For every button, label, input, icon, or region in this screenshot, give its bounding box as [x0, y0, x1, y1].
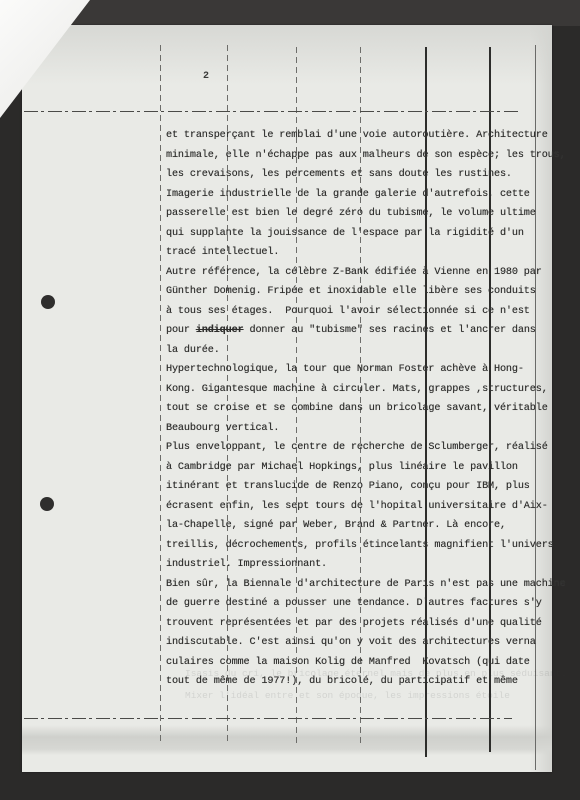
text-line: Hypertechnologique, la tour que Norman F…: [166, 360, 526, 380]
text-line: pour indiquer donner au "tubisme" ses ra…: [166, 321, 526, 341]
text-line: la-Chapelle, signé par Weber, Brand & Pa…: [166, 516, 526, 536]
text-line: Plus enveloppant, le centre de recherche…: [166, 438, 526, 458]
text-line: industriel. Impressionnant.: [166, 555, 526, 575]
text-line: tracé intellectuel.: [166, 243, 526, 263]
text-line: minimale, elle n'échappe pas aux malheur…: [166, 146, 526, 166]
punch-hole: [40, 497, 54, 511]
grid-line-vertical: [160, 45, 161, 745]
text-line: Autre référence, la célèbre Z-Bank édifi…: [166, 263, 526, 283]
text-line: Imagerie industrielle de la grande galer…: [166, 185, 526, 205]
text-line: à Cambridge par Michael Hopkings, plus l…: [166, 458, 526, 478]
text-line: tout se croise et se combine dans un bri…: [166, 399, 526, 419]
text-line: à tous ses étages. Pourquoi l'avoir séle…: [166, 302, 526, 322]
text-line: itinérant et translucide de Renzo Piano,…: [166, 477, 526, 497]
text-line: les crevaisons, les percements et sans d…: [166, 165, 526, 185]
text-line: trouvent représentées et par des projets…: [166, 614, 526, 634]
bottom-toner-smudge: [22, 725, 552, 755]
text-line: Beaubourg vertical.: [166, 419, 526, 439]
show-through-line: Isasis du cri, le bricolage éternel mais…: [185, 663, 515, 685]
text-line: de guerre destiné a pousser une tendance…: [166, 594, 526, 614]
text-line: écrasent enfin, les sept tours de l'hopi…: [166, 497, 526, 517]
page-number: 2: [203, 71, 209, 82]
text-line: qui supplante la jouissance de l'espace …: [166, 224, 526, 244]
text-line: Kong. Gigantesque machine à circuler. Ma…: [166, 380, 526, 400]
show-through-line: Mixer l'idéal entre et son époque, les i…: [185, 685, 515, 707]
text-line: la durée.: [166, 341, 526, 361]
grid-line-horizontal: [24, 718, 512, 719]
text-line: et transperçant le remblai d'une voie au…: [166, 126, 526, 146]
punch-hole: [41, 295, 55, 309]
text-line: Günther Domenig. Fripée et inoxidable el…: [166, 282, 526, 302]
show-through-text: Isasis du cri, le bricolage éternel mais…: [185, 663, 515, 707]
grid-line-horizontal: [24, 111, 518, 112]
text-line: treillis, décrochements, profils étincel…: [166, 536, 526, 556]
struck-word: indiquer: [196, 325, 244, 336]
text-line: Bien sûr, la Biennale d'architecture de …: [166, 575, 526, 595]
typewritten-text: et transperçant le remblai d'une voie au…: [166, 126, 526, 692]
text-line: indiscutable. C'est ainsi qu'on y voit d…: [166, 633, 526, 653]
text-line: passerelle est bien le degré zéro du tub…: [166, 204, 526, 224]
